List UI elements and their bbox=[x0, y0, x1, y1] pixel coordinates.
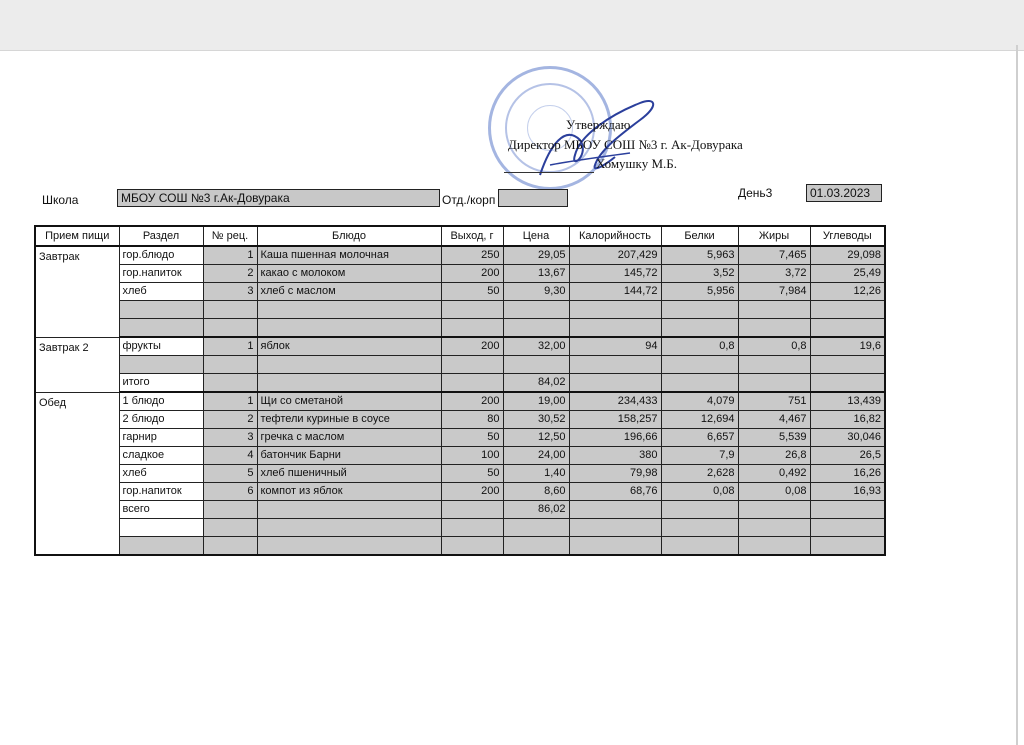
approval-name: Хомушку М.Б. bbox=[596, 156, 677, 172]
scan-border-top bbox=[0, 0, 1024, 51]
table-row bbox=[35, 537, 885, 556]
dish-cell[interactable]: тефтели куриные в соусе bbox=[257, 411, 441, 429]
weight-cell[interactable] bbox=[441, 501, 503, 519]
fat-cell[interactable]: 0,492 bbox=[738, 465, 810, 483]
calories-cell[interactable] bbox=[569, 319, 661, 338]
fat-cell[interactable] bbox=[738, 356, 810, 374]
dept-field[interactable] bbox=[498, 189, 568, 207]
protein-cell[interactable] bbox=[661, 319, 738, 338]
table-row: Завтрак 2фрукты1яблок20032,00940,80,819,… bbox=[35, 337, 885, 356]
weight-cell[interactable]: 100 bbox=[441, 447, 503, 465]
calories-cell[interactable] bbox=[569, 356, 661, 374]
school-field[interactable]: МБОУ СОШ №3 г.Ак-Довурака bbox=[117, 189, 440, 207]
protein-cell[interactable]: 2,628 bbox=[661, 465, 738, 483]
meal-name-cell: Завтрак 2 bbox=[35, 337, 119, 392]
fat-cell[interactable] bbox=[738, 519, 810, 537]
price-cell[interactable]: 19,00 bbox=[503, 392, 569, 411]
section-cell[interactable] bbox=[119, 301, 203, 319]
carbs-cell[interactable] bbox=[810, 374, 885, 393]
price-cell[interactable]: 84,02 bbox=[503, 374, 569, 393]
section-cell[interactable] bbox=[119, 537, 203, 556]
column-header: Блюдо bbox=[257, 226, 441, 246]
carbs-cell[interactable] bbox=[810, 319, 885, 338]
calories-cell[interactable] bbox=[569, 537, 661, 556]
menu-table: Прием пищиРаздел№ рец.БлюдоВыход, гЦенаК… bbox=[34, 225, 886, 556]
section-cell[interactable]: всего bbox=[119, 501, 203, 519]
protein-cell[interactable] bbox=[661, 301, 738, 319]
weight-cell[interactable]: 250 bbox=[441, 246, 503, 265]
carbs-cell[interactable]: 16,26 bbox=[810, 465, 885, 483]
protein-cell[interactable]: 5,963 bbox=[661, 246, 738, 265]
protein-cell[interactable]: 0,08 bbox=[661, 483, 738, 501]
dish-cell[interactable]: какао с молоком bbox=[257, 265, 441, 283]
price-cell[interactable]: 9,30 bbox=[503, 283, 569, 301]
weight-cell[interactable] bbox=[441, 319, 503, 338]
weight-cell[interactable]: 200 bbox=[441, 483, 503, 501]
section-cell[interactable] bbox=[119, 519, 203, 537]
column-header: Прием пищи bbox=[35, 226, 119, 246]
price-cell[interactable]: 29,05 bbox=[503, 246, 569, 265]
protein-cell[interactable] bbox=[661, 501, 738, 519]
recipe-cell[interactable]: 2 bbox=[203, 265, 257, 283]
dish-cell[interactable] bbox=[257, 356, 441, 374]
day-label: День3 bbox=[738, 186, 772, 200]
protein-cell[interactable] bbox=[661, 374, 738, 393]
dish-cell[interactable]: Щи со сметаной bbox=[257, 392, 441, 411]
section-cell[interactable]: гор.блюдо bbox=[119, 246, 203, 265]
dish-cell[interactable]: компот из яблок bbox=[257, 483, 441, 501]
calories-cell[interactable]: 234,433 bbox=[569, 392, 661, 411]
table-header-row: Прием пищиРаздел№ рец.БлюдоВыход, гЦенаК… bbox=[35, 226, 885, 246]
weight-cell[interactable]: 50 bbox=[441, 465, 503, 483]
column-header: Цена bbox=[503, 226, 569, 246]
recipe-cell[interactable] bbox=[203, 319, 257, 338]
weight-cell[interactable] bbox=[441, 519, 503, 537]
table-row: хлеб5хлеб пшеничный501,4079,982,6280,492… bbox=[35, 465, 885, 483]
approval-position: Директор МБОУ СОШ №3 г. Ак-Довурака bbox=[508, 137, 743, 153]
table-row: Завтракгор.блюдо1Каша пшенная молочная25… bbox=[35, 246, 885, 265]
protein-cell[interactable]: 7,9 bbox=[661, 447, 738, 465]
table-row: итого84,02 bbox=[35, 374, 885, 393]
recipe-cell[interactable]: 3 bbox=[203, 283, 257, 301]
recipe-cell[interactable] bbox=[203, 501, 257, 519]
recipe-cell[interactable]: 2 bbox=[203, 411, 257, 429]
recipe-cell[interactable]: 1 bbox=[203, 337, 257, 356]
column-header: № рец. bbox=[203, 226, 257, 246]
fat-cell[interactable] bbox=[738, 501, 810, 519]
weight-cell[interactable] bbox=[441, 356, 503, 374]
dish-cell[interactable]: яблок bbox=[257, 337, 441, 356]
carbs-cell[interactable]: 25,49 bbox=[810, 265, 885, 283]
dish-cell[interactable] bbox=[257, 374, 441, 393]
protein-cell[interactable]: 12,694 bbox=[661, 411, 738, 429]
fat-cell[interactable] bbox=[738, 374, 810, 393]
price-cell[interactable]: 30,52 bbox=[503, 411, 569, 429]
table-row: сладкое4батончик Барни10024,003807,926,8… bbox=[35, 447, 885, 465]
section-cell[interactable]: фрукты bbox=[119, 337, 203, 356]
price-cell[interactable]: 32,00 bbox=[503, 337, 569, 356]
protein-cell[interactable] bbox=[661, 356, 738, 374]
recipe-cell[interactable] bbox=[203, 519, 257, 537]
section-cell[interactable]: сладкое bbox=[119, 447, 203, 465]
protein-cell[interactable] bbox=[661, 537, 738, 556]
calories-cell[interactable]: 196,66 bbox=[569, 429, 661, 447]
carbs-cell[interactable]: 13,439 bbox=[810, 392, 885, 411]
calories-cell[interactable]: 145,72 bbox=[569, 265, 661, 283]
fat-cell[interactable]: 4,467 bbox=[738, 411, 810, 429]
calories-cell[interactable] bbox=[569, 301, 661, 319]
signature-line bbox=[504, 172, 594, 173]
dish-cell[interactable]: Каша пшенная молочная bbox=[257, 246, 441, 265]
calories-cell[interactable]: 158,257 bbox=[569, 411, 661, 429]
column-header: Выход, г bbox=[441, 226, 503, 246]
dish-cell[interactable] bbox=[257, 301, 441, 319]
date-field[interactable]: 01.03.2023 bbox=[806, 184, 882, 202]
fat-cell[interactable]: 7,984 bbox=[738, 283, 810, 301]
dish-cell[interactable] bbox=[257, 319, 441, 338]
weight-cell[interactable]: 50 bbox=[441, 429, 503, 447]
fat-cell[interactable] bbox=[738, 537, 810, 556]
recipe-cell[interactable]: 1 bbox=[203, 246, 257, 265]
price-cell[interactable] bbox=[503, 519, 569, 537]
table-row: гор.напиток2какао с молоком20013,67145,7… bbox=[35, 265, 885, 283]
carbs-cell[interactable]: 16,82 bbox=[810, 411, 885, 429]
dept-label: Отд./корп bbox=[442, 193, 495, 207]
fat-cell[interactable]: 26,8 bbox=[738, 447, 810, 465]
recipe-cell[interactable] bbox=[203, 537, 257, 556]
weight-cell[interactable] bbox=[441, 301, 503, 319]
fat-cell[interactable]: 5,539 bbox=[738, 429, 810, 447]
calories-cell[interactable]: 207,429 bbox=[569, 246, 661, 265]
school-label: Школа bbox=[42, 193, 78, 207]
section-cell[interactable]: 1 блюдо bbox=[119, 392, 203, 411]
recipe-cell[interactable] bbox=[203, 356, 257, 374]
fat-cell[interactable]: 3,72 bbox=[738, 265, 810, 283]
price-cell[interactable]: 8,60 bbox=[503, 483, 569, 501]
carbs-cell[interactable] bbox=[810, 537, 885, 556]
protein-cell[interactable]: 5,956 bbox=[661, 283, 738, 301]
section-cell[interactable]: итого bbox=[119, 374, 203, 393]
carbs-cell[interactable] bbox=[810, 301, 885, 319]
weight-cell[interactable]: 80 bbox=[441, 411, 503, 429]
fat-cell[interactable]: 7,465 bbox=[738, 246, 810, 265]
table-row: гарнир3 гречка с маслом5012,50196,666,65… bbox=[35, 429, 885, 447]
scan-border-right bbox=[1016, 45, 1018, 745]
table-row: Обед1 блюдо1Щи со сметаной20019,00234,43… bbox=[35, 392, 885, 411]
fat-cell[interactable] bbox=[738, 319, 810, 338]
price-cell[interactable] bbox=[503, 301, 569, 319]
carbs-cell[interactable] bbox=[810, 356, 885, 374]
price-cell[interactable]: 86,02 bbox=[503, 501, 569, 519]
dish-cell[interactable] bbox=[257, 519, 441, 537]
carbs-cell[interactable]: 26,5 bbox=[810, 447, 885, 465]
protein-cell[interactable] bbox=[661, 519, 738, 537]
table-row: хлеб3хлеб с маслом509,30144,725,9567,984… bbox=[35, 283, 885, 301]
recipe-cell[interactable] bbox=[203, 374, 257, 393]
protein-cell[interactable]: 0,8 bbox=[661, 337, 738, 356]
calories-cell[interactable]: 79,98 bbox=[569, 465, 661, 483]
protein-cell[interactable]: 6,657 bbox=[661, 429, 738, 447]
dish-cell[interactable]: гречка с маслом bbox=[257, 429, 441, 447]
section-cell[interactable]: гарнир bbox=[119, 429, 203, 447]
recipe-cell[interactable]: 5 bbox=[203, 465, 257, 483]
calories-cell[interactable] bbox=[569, 519, 661, 537]
weight-cell[interactable]: 200 bbox=[441, 392, 503, 411]
meal-name-cell: Завтрак bbox=[35, 246, 119, 337]
column-header: Раздел bbox=[119, 226, 203, 246]
carbs-cell[interactable]: 12,26 bbox=[810, 283, 885, 301]
carbs-cell[interactable]: 30,046 bbox=[810, 429, 885, 447]
section-cell[interactable]: хлеб bbox=[119, 283, 203, 301]
price-cell[interactable] bbox=[503, 537, 569, 556]
calories-cell[interactable]: 144,72 bbox=[569, 283, 661, 301]
dish-cell[interactable]: хлеб с маслом bbox=[257, 283, 441, 301]
section-cell[interactable] bbox=[119, 319, 203, 338]
table-row: гор.напиток6компот из яблок2008,6068,760… bbox=[35, 483, 885, 501]
dish-cell[interactable] bbox=[257, 501, 441, 519]
weight-cell[interactable] bbox=[441, 374, 503, 393]
approval-title: Утверждаю bbox=[566, 117, 630, 133]
calories-cell[interactable]: 94 bbox=[569, 337, 661, 356]
section-cell[interactable] bbox=[119, 356, 203, 374]
dish-cell[interactable] bbox=[257, 537, 441, 556]
weight-cell[interactable]: 50 bbox=[441, 283, 503, 301]
recipe-cell[interactable]: 6 bbox=[203, 483, 257, 501]
weight-cell[interactable] bbox=[441, 537, 503, 556]
fat-cell[interactable]: 751 bbox=[738, 392, 810, 411]
fat-cell[interactable]: 0,8 bbox=[738, 337, 810, 356]
column-header: Углеводы bbox=[810, 226, 885, 246]
recipe-cell[interactable]: 4 bbox=[203, 447, 257, 465]
section-cell[interactable]: хлеб bbox=[119, 465, 203, 483]
carbs-cell[interactable]: 16,93 bbox=[810, 483, 885, 501]
table-row bbox=[35, 519, 885, 537]
column-header: Жиры bbox=[738, 226, 810, 246]
carbs-cell[interactable]: 19,6 bbox=[810, 337, 885, 356]
section-cell[interactable]: гор.напиток bbox=[119, 265, 203, 283]
price-cell[interactable]: 1,40 bbox=[503, 465, 569, 483]
price-cell[interactable]: 13,67 bbox=[503, 265, 569, 283]
fat-cell[interactable] bbox=[738, 301, 810, 319]
dish-cell[interactable]: хлеб пшеничный bbox=[257, 465, 441, 483]
table-row bbox=[35, 319, 885, 338]
table-row bbox=[35, 356, 885, 374]
calories-cell[interactable] bbox=[569, 374, 661, 393]
price-cell[interactable] bbox=[503, 319, 569, 338]
carbs-cell[interactable] bbox=[810, 501, 885, 519]
dish-cell[interactable]: батончик Барни bbox=[257, 447, 441, 465]
column-header: Калорийность bbox=[569, 226, 661, 246]
weight-cell[interactable]: 200 bbox=[441, 337, 503, 356]
protein-cell[interactable]: 3,52 bbox=[661, 265, 738, 283]
calories-cell[interactable]: 68,76 bbox=[569, 483, 661, 501]
table-row: всего86,02 bbox=[35, 501, 885, 519]
carbs-cell[interactable]: 29,098 bbox=[810, 246, 885, 265]
calories-cell[interactable]: 380 bbox=[569, 447, 661, 465]
column-header: Белки bbox=[661, 226, 738, 246]
recipe-cell[interactable]: 1 bbox=[203, 392, 257, 411]
price-cell[interactable] bbox=[503, 356, 569, 374]
fat-cell[interactable]: 0,08 bbox=[738, 483, 810, 501]
meal-name-cell: Обед bbox=[35, 392, 119, 555]
price-cell[interactable]: 12,50 bbox=[503, 429, 569, 447]
table-row bbox=[35, 301, 885, 319]
calories-cell[interactable] bbox=[569, 501, 661, 519]
weight-cell[interactable]: 200 bbox=[441, 265, 503, 283]
carbs-cell[interactable] bbox=[810, 519, 885, 537]
price-cell[interactable]: 24,00 bbox=[503, 447, 569, 465]
table-row: 2 блюдо2тефтели куриные в соусе8030,5215… bbox=[35, 411, 885, 429]
recipe-cell[interactable]: 3 bbox=[203, 429, 257, 447]
recipe-cell[interactable] bbox=[203, 301, 257, 319]
protein-cell[interactable]: 4,079 bbox=[661, 392, 738, 411]
section-cell[interactable]: 2 блюдо bbox=[119, 411, 203, 429]
section-cell[interactable]: гор.напиток bbox=[119, 483, 203, 501]
